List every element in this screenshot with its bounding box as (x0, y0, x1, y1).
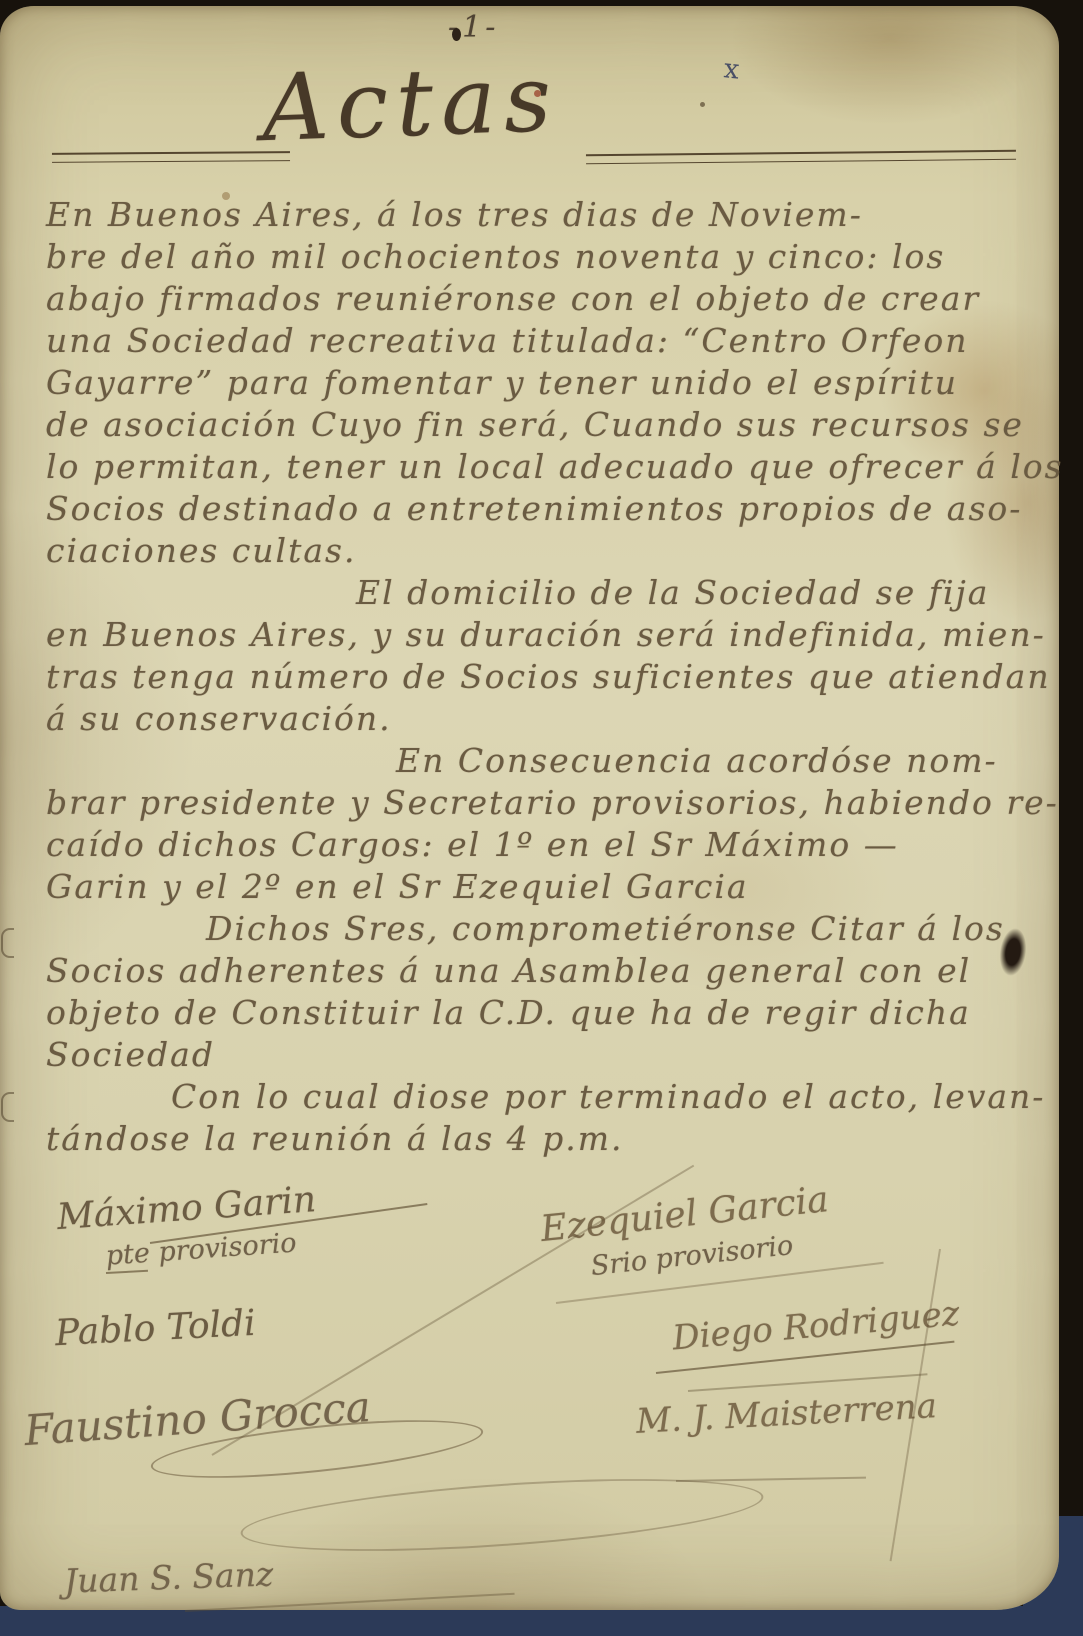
ink-speck (452, 28, 461, 41)
signature-name: M. J. Maisterrena (635, 1386, 938, 1442)
manuscript-line: caído dichos Cargos: el 1º en el Sr Máxi… (46, 824, 1036, 866)
stain-spot (222, 192, 230, 200)
signature-name: Juan S. Sanz (63, 1554, 273, 1600)
manuscript-line: ciaciones cultas. (46, 530, 1036, 572)
pen-flourish (676, 1477, 866, 1482)
title-flourish-left (52, 151, 290, 163)
book-cover-edge (0, 1606, 1083, 1636)
manuscript-line: á su conservación. (46, 698, 1036, 740)
manuscript-line: en Buenos Aires, y su duración será inde… (46, 614, 1036, 656)
manuscript-line: Garin y el 2º en el Sr Ezequiel Garcia (46, 866, 1036, 908)
manuscript-line: Sociedad (46, 1034, 1036, 1076)
acta-body-text: En Buenos Aires, á los tres dias de Novi… (46, 194, 1036, 1160)
manuscript-line: lo permitan, tener un local adecuado que… (46, 446, 1036, 488)
manuscript-line: Socios destinado a entretenimientos prop… (46, 488, 1036, 530)
manuscript-line: tras tenga número de Socios suficientes … (46, 656, 1036, 698)
manuscript-line: Socios adherentes á una Asamblea general… (46, 950, 1036, 992)
signature-name: Diego Rodriguez (671, 1294, 961, 1359)
binding-stitch (1, 928, 14, 958)
signature-juan-sanz: Juan S. Sanz (63, 1554, 273, 1600)
manuscript-line: Dichos Sres, comprometiéronse Citar á lo… (46, 908, 1036, 950)
pen-flourish (185, 1593, 515, 1612)
ink-speck (700, 102, 705, 107)
x-annotation-mark: x (722, 53, 740, 85)
signature-diego-rodriguez: Diego Rodriguez (671, 1294, 961, 1359)
manuscript-line: objeto de Constituir la C.D. que ha de r… (46, 992, 1036, 1034)
manuscript-line: Gayarre” para fomentar y tener unido el … (46, 362, 1036, 404)
manuscript-line: abajo firmados reuniéronse con el objeto… (46, 278, 1036, 320)
signature-name: Pablo Toldi (54, 1303, 257, 1354)
manuscript-line: bre del año mil ochocientos noventa y ci… (46, 236, 1036, 278)
signature-maisterrena: M. J. Maisterrena (635, 1386, 938, 1442)
manuscript-line: de asociación Cuyo fin será, Cuando sus … (46, 404, 1036, 446)
manuscript-line: En Consecuencia acordóse nom- (46, 740, 1036, 782)
manuscript-line: El domicilio de la Sociedad se fija (46, 572, 1036, 614)
binding-stitch (1, 1092, 14, 1122)
page-title: Actas (260, 45, 561, 162)
manuscript-line: brar presidente y Secretario provisorios… (46, 782, 1036, 824)
signature-pablo-toldi: Pablo Toldi (54, 1303, 257, 1354)
title-flourish-right (586, 150, 1016, 165)
red-speck (534, 90, 541, 97)
manuscript-line: tándose la reunión á las 4 p.m. (46, 1118, 1036, 1160)
manuscript-line: una Sociedad recreativa titulada: “Centr… (46, 320, 1036, 362)
manuscript-page: -1- x Actas En Buenos Aires, á los tres … (0, 6, 1059, 1610)
scanned-manuscript-photo: -1- x Actas En Buenos Aires, á los tres … (0, 0, 1083, 1636)
manuscript-line: Con lo cual diose por terminado el acto,… (46, 1076, 1036, 1118)
signature-maximo-garin: Máximo Garin pte provisorio (56, 1179, 320, 1275)
manuscript-line: En Buenos Aires, á los tres dias de Novi… (46, 194, 1036, 236)
